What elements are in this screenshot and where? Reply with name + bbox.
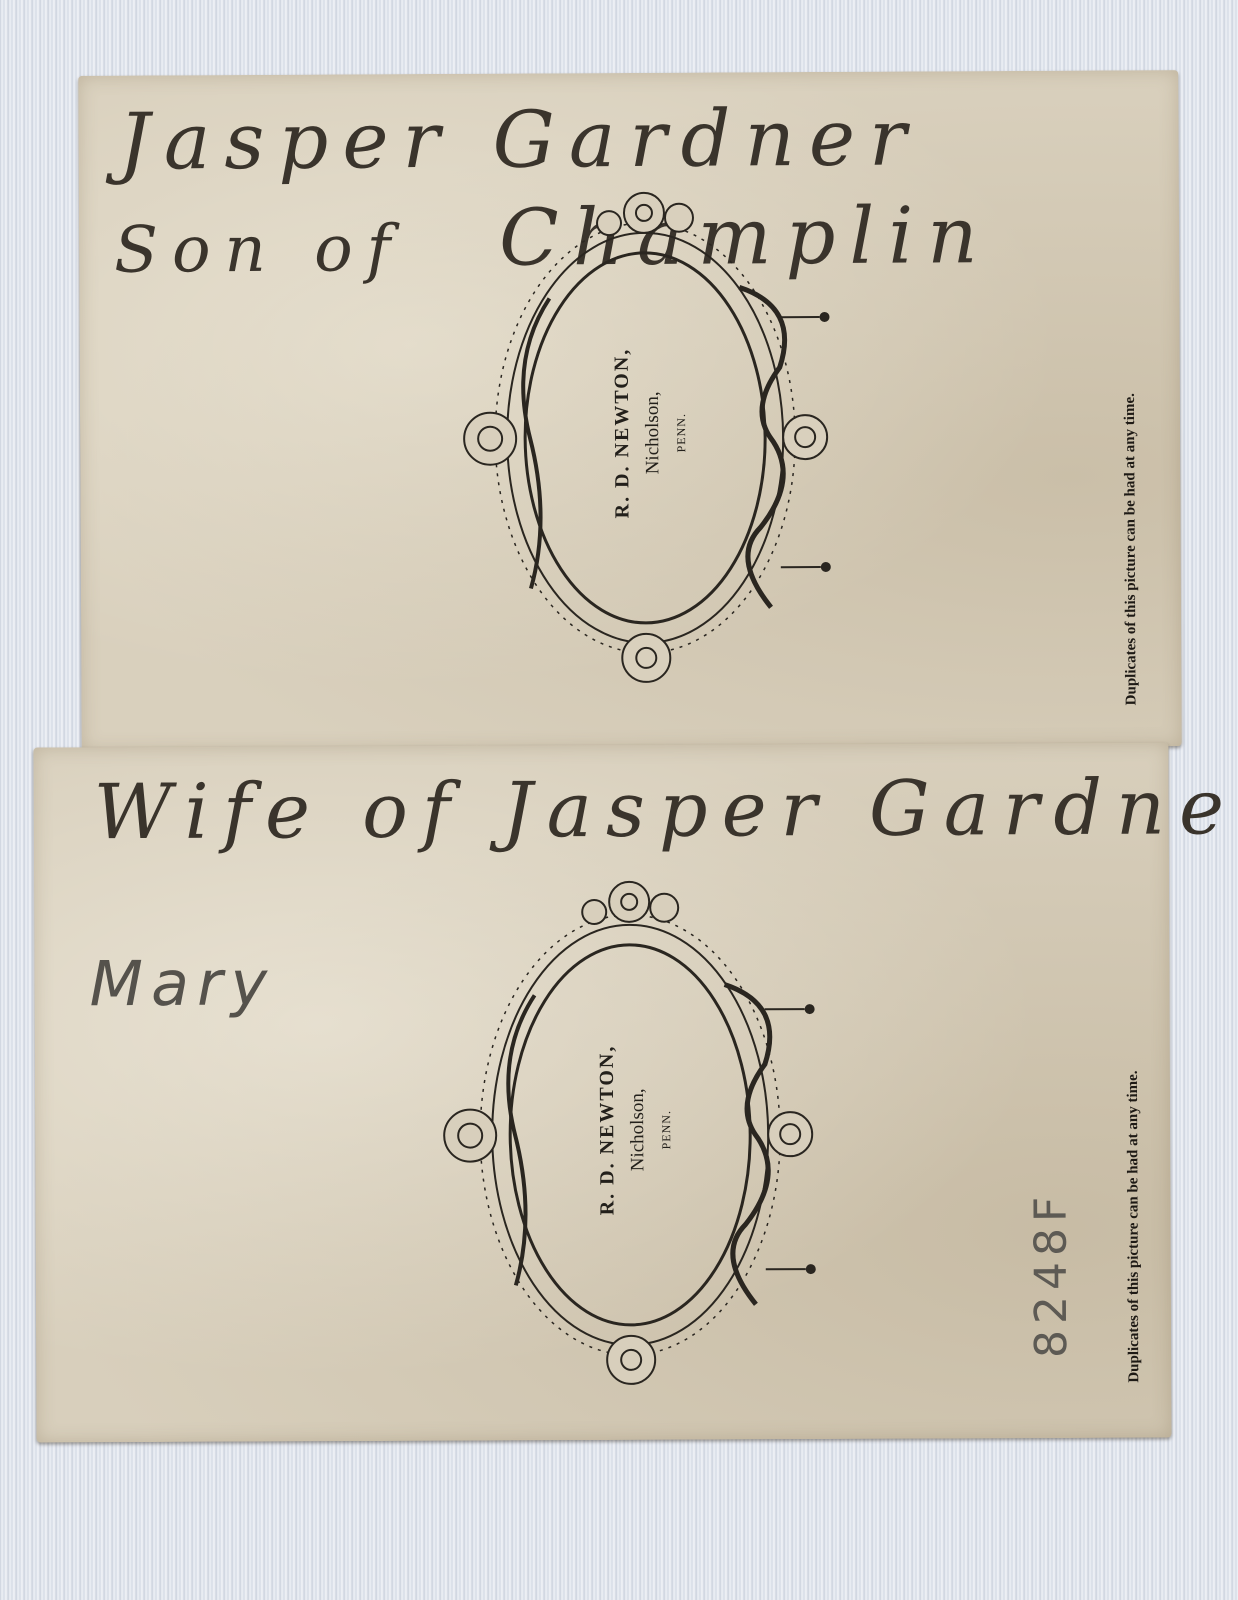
handwritten-first-name: Mary (89, 946, 275, 1020)
cabinet-card-back-bottom: Wife of Jasper Gardner Mary (33, 743, 1171, 1443)
stock-number: 8248F (1025, 1191, 1077, 1359)
studio-imprint: R. D. NEWTON, Nicholson, PENN. (611, 347, 690, 518)
studio-imprint: R. D. NEWTON, Nicholson, PENN. (596, 1044, 675, 1215)
photographer-name: R. D. NEWTON, (611, 348, 635, 519)
studio-town: Nicholson, (642, 347, 665, 518)
rococo-frame-ornament: R. D. NEWTON, Nicholson, PENN. (439, 167, 862, 699)
handwritten-relation: Son of (114, 212, 405, 288)
studio-state: PENN. (659, 1044, 675, 1215)
rococo-frame-ornament: R. D. NEWTON, Nicholson, PENN. (424, 859, 846, 1401)
duplicates-notice: Duplicates of this picture can be had at… (1122, 393, 1141, 705)
studio-state: PENN. (674, 347, 690, 518)
handwritten-caption: Wife of Jasper Gardner (94, 762, 1238, 856)
duplicates-notice: Duplicates of this picture can be had at… (1125, 1070, 1143, 1382)
photographer-name: R. D. NEWTON, (596, 1045, 620, 1216)
studio-town: Nicholson, (627, 1044, 650, 1215)
cabinet-card-back-top: Jasper Gardner Son of Champlin (78, 70, 1182, 752)
